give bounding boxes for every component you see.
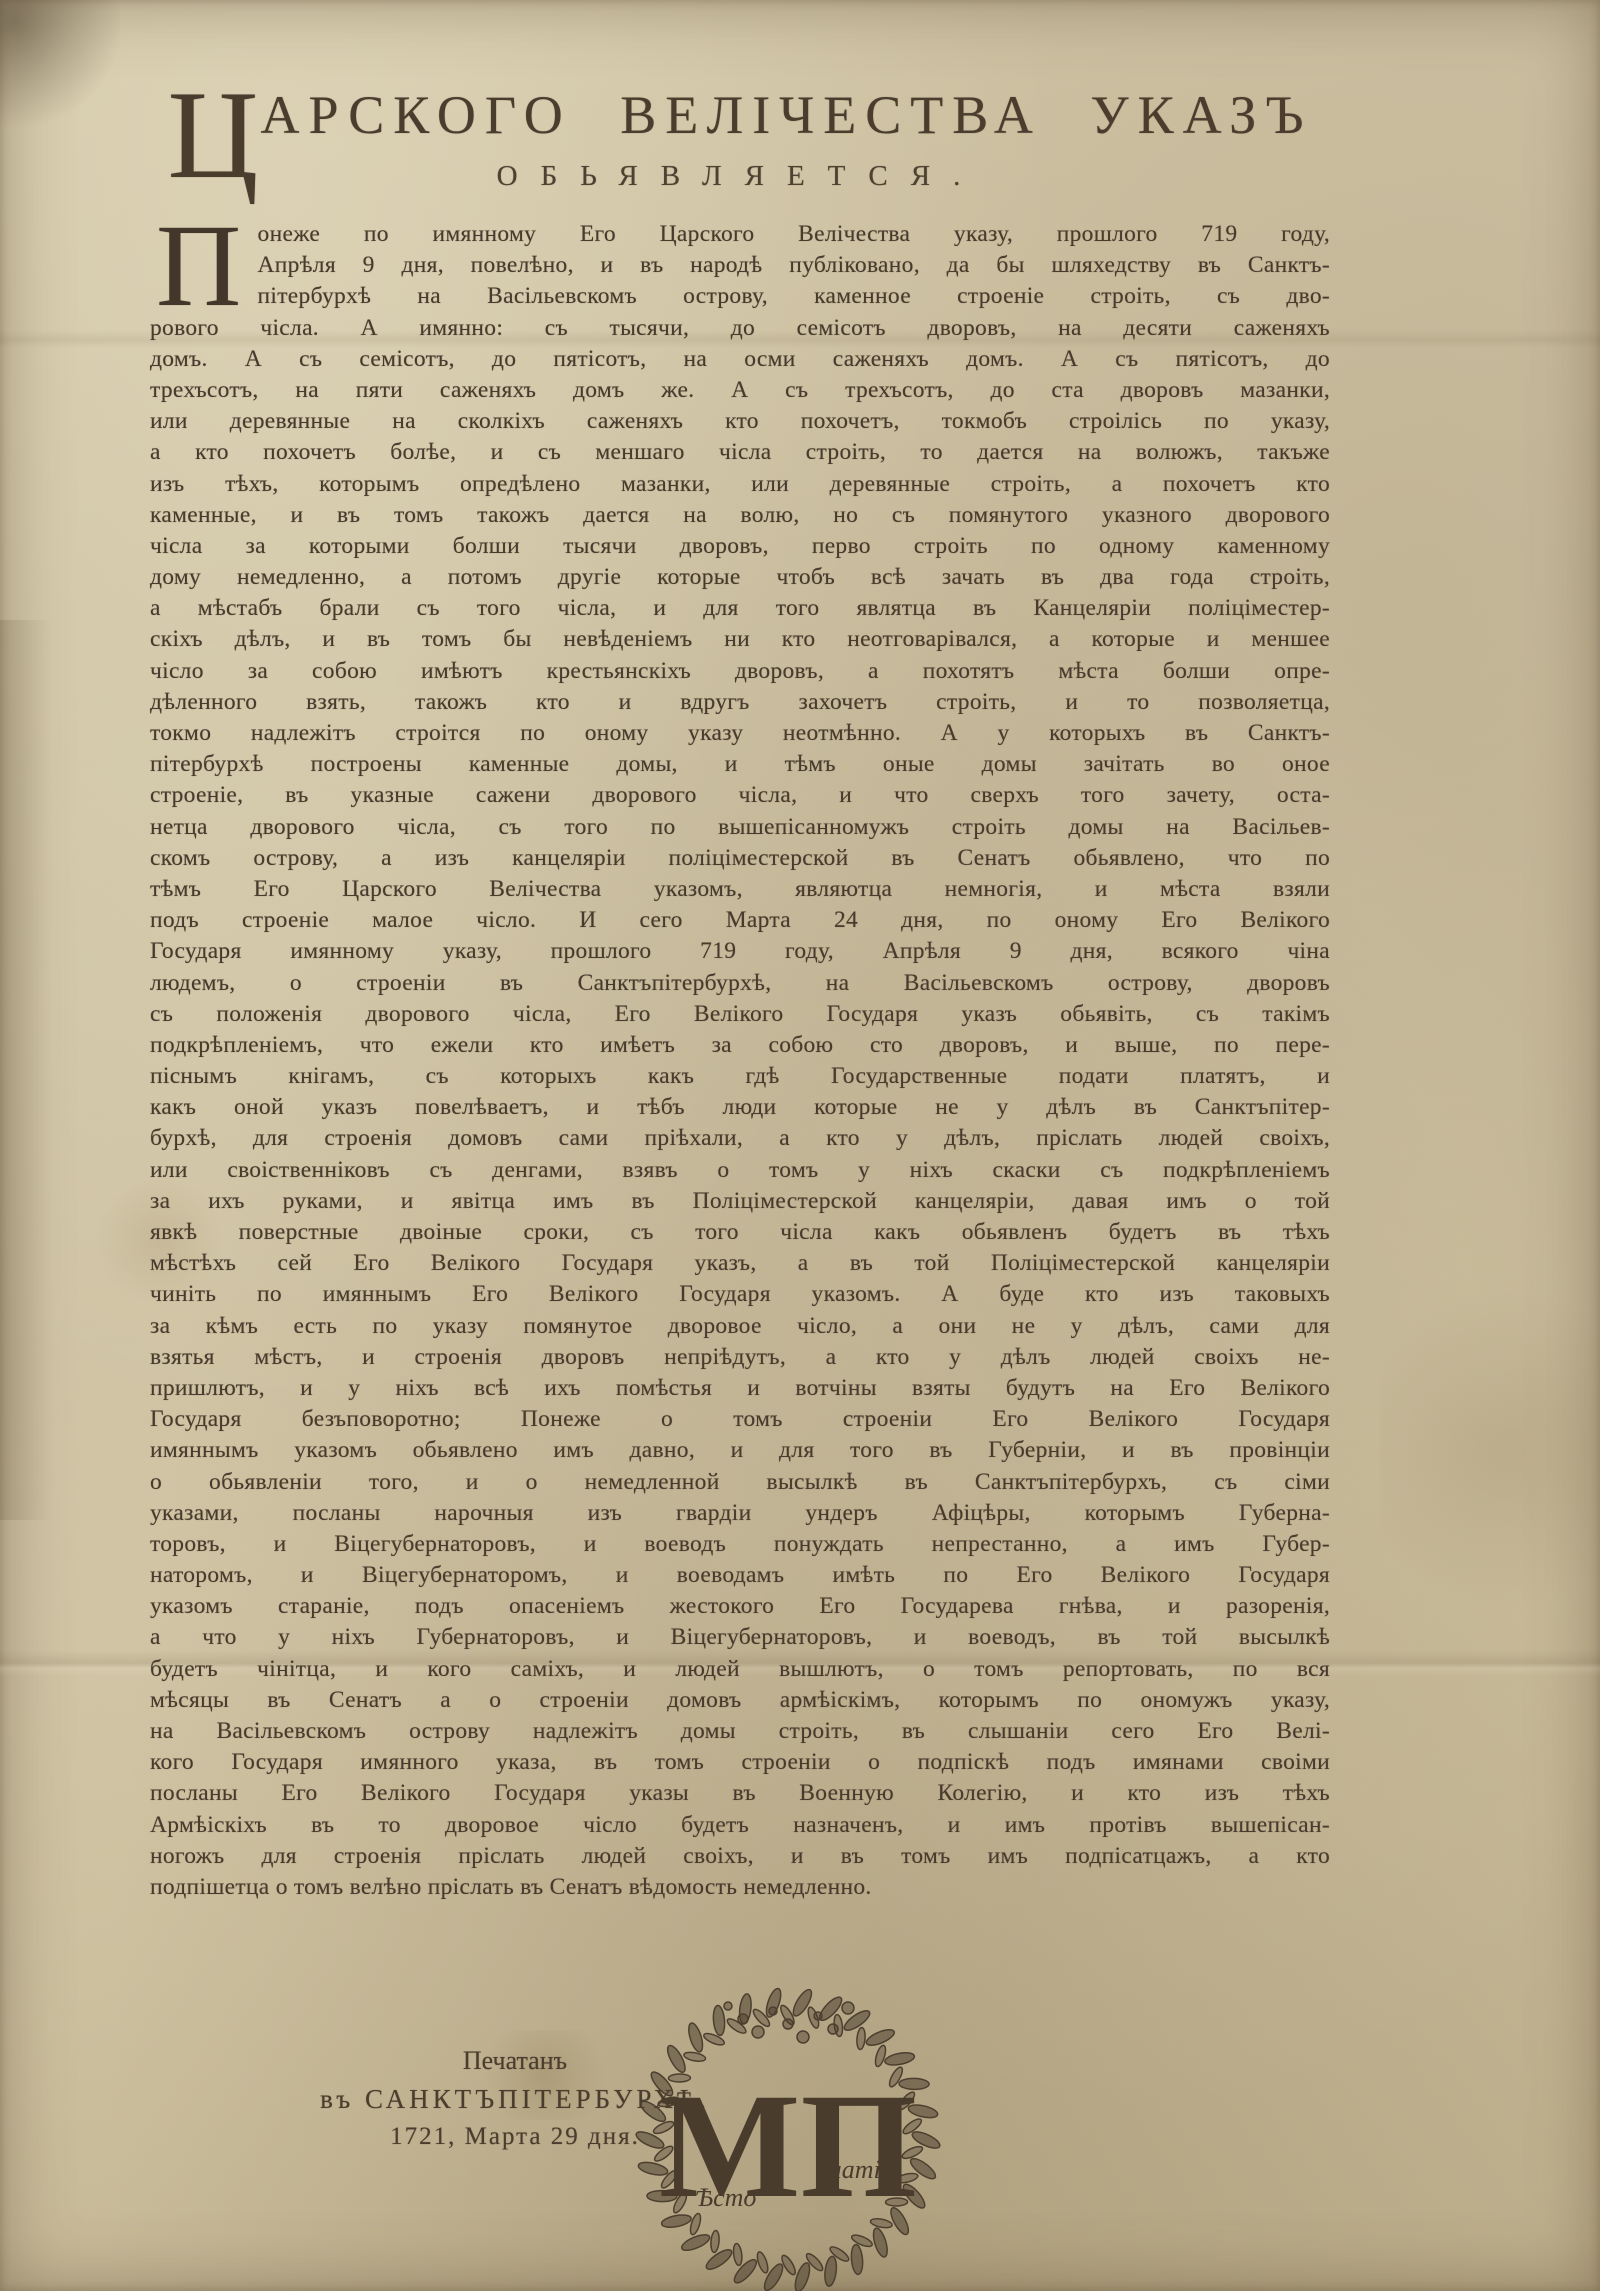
body-line: Государя безъповоротно; Понеже о томъ ст… <box>150 1404 1330 1435</box>
seal-left-word: Ѣсто <box>696 2183 757 2212</box>
body-line: за кѣмъ есть по указу помянутое дворовое… <box>150 1311 1330 1342</box>
body-line: строеніе, въ указные сажени дворового чі… <box>150 780 1330 811</box>
decree-body: П онеже по имянному Его Царского Велічес… <box>150 219 1330 1903</box>
body-line: взятья мѣстъ, и строенія дворовъ непріѣд… <box>150 1342 1330 1373</box>
body-line: мѣстѣхъ сей Его Велікого Государя указъ,… <box>150 1248 1330 1279</box>
body-line: посланы Его Велікого Государя указы въ В… <box>150 1778 1330 1809</box>
body-line: наторомъ, и Віцегубернаторомъ, и воевода… <box>150 1560 1330 1591</box>
decree-subtitle: ОБЬЯВЛЯЕТСЯ. <box>150 160 1330 193</box>
body-line: или своіственніковъ съ денгами, взявъ о … <box>150 1155 1330 1186</box>
wreath-seal-icon: МП Ѣсто чаті <box>608 1968 968 2291</box>
title-initial-letter: Ц <box>168 66 261 205</box>
body-line: подкрѣпленіемъ, что ежели кто имѣетъ за … <box>150 1030 1330 1061</box>
body-line: указомъ стараніе, подъ опасеніемъ жесток… <box>150 1591 1330 1622</box>
body-line: домъ. А съ семісотъ, до пятісотъ, на осм… <box>150 344 1330 375</box>
body-line: о обьявленіи того, и о немедленной высыл… <box>150 1467 1330 1498</box>
body-line: Армѣіскіхъ въ то дворовое чісло будетъ н… <box>150 1810 1330 1841</box>
body-line: а что у ніхъ Губернаторовъ, и Віцегуберн… <box>150 1622 1330 1653</box>
body-line: трехъсотъ, на пяти саженяхъ домъ же. А с… <box>150 375 1330 406</box>
body-line: людемъ, о строеніи въ Санктъпітербурхѣ, … <box>150 968 1330 999</box>
decree-broadside-page: ЦАРСКОГО ВЕЛІЧЕСТВА УКАЗЪ ОБЬЯВЛЯЕТСЯ. П… <box>0 0 1600 2291</box>
body-lines: онеже по имянному Его Царского Велічеств… <box>150 219 1330 1903</box>
body-line: ногожъ для строенія пріслать людей своіх… <box>150 1841 1330 1872</box>
body-line: съ положенія дворового чісла, Его Веліко… <box>150 999 1330 1030</box>
body-line: чісла за которыми болши тысячи дворовъ, … <box>150 531 1330 562</box>
body-line: тѣмъ Его Царского Велічества указомъ, яв… <box>150 874 1330 905</box>
body-line: мѣсяцы въ Сенатъ а о строеніи домовъ арм… <box>150 1685 1330 1716</box>
body-line: пришлютъ, и у ніхъ всѣ ихъ помѣстья и во… <box>150 1373 1330 1404</box>
body-line: каменные, и въ томъ такожъ дается на вол… <box>150 500 1330 531</box>
body-line: а мѣстабъ брали съ того чісла, и для тог… <box>150 593 1330 624</box>
title-text: АРСКОГО ВЕЛІЧЕСТВА УКАЗЪ <box>261 85 1313 145</box>
body-line: Апрѣля 9 дня, повелѣно, и въ народѣ публ… <box>150 250 1330 281</box>
body-line: піснымъ кнігамъ, съ которыхъ какъ гдѣ Го… <box>150 1061 1330 1092</box>
body-line: явкѣ поверстные двоіные сроки, съ того ч… <box>150 1217 1330 1248</box>
body-line: скіхъ дѣлъ, и въ томъ бы невѣденіемъ ни … <box>150 624 1330 655</box>
body-line: имяннымъ указомъ обьявлено имъ давно, и … <box>150 1435 1330 1466</box>
body-line: пітербурхѣ на Васільевскомъ острову, кам… <box>150 281 1330 312</box>
body-line: скомъ острову, а изъ канцеляріи поліціме… <box>150 843 1330 874</box>
decree-title: ЦАРСКОГО ВЕЛІЧЕСТВА УКАЗЪ <box>150 88 1330 142</box>
body-line: будетъ чінітца, и кого саміхъ, и людей в… <box>150 1654 1330 1685</box>
body-line: пітербурхѣ построены каменные домы, и тѣ… <box>150 749 1330 780</box>
body-line: указами, посланы нарочныя изъ гвардіи ун… <box>150 1498 1330 1529</box>
seal-right-word: чаті <box>829 2155 880 2184</box>
body-line: дому немедленно, а потомъ другіе которые… <box>150 562 1330 593</box>
body-line: онеже по имянному Его Царского Велічеств… <box>150 219 1330 250</box>
body-line: изъ тѣхъ, которымъ опредѣлено мазанки, и… <box>150 469 1330 500</box>
body-line: чісло за собою имѣютъ крестьянскіхъ двор… <box>150 656 1330 687</box>
body-line: или деревянные на сколкіхъ саженяхъ кто … <box>150 406 1330 437</box>
body-line: подъ строеніе малое чісло. И сего Марта … <box>150 905 1330 936</box>
body-line: Государя имянному указу, прошлого 719 го… <box>150 936 1330 967</box>
body-line: бурхѣ, для строенія домовъ сами пріѣхали… <box>150 1123 1330 1154</box>
body-line: кого Государя имянного указа, въ томъ ст… <box>150 1747 1330 1778</box>
printer-wreath-seal: МП Ѣсто чаті <box>608 1968 968 2291</box>
body-line: токмо надлежітъ строітся по оному указу … <box>150 718 1330 749</box>
body-line: за ихъ руками, и явітца имъ въ Поліцімес… <box>150 1186 1330 1217</box>
decree-content: ЦАРСКОГО ВЕЛІЧЕСТВА УКАЗЪ ОБЬЯВЛЯЕТСЯ. П… <box>0 0 1600 1903</box>
body-line: рового чісла. А имянно: съ тысячи, до се… <box>150 313 1330 344</box>
body-line: какъ оной указъ повелѣваетъ, и тѣбъ люди… <box>150 1092 1330 1123</box>
body-line: нетца дворового чісла, съ того по вышепі… <box>150 812 1330 843</box>
body-line: подпішетца о томъ велѣно пріслать въ Сен… <box>150 1872 1330 1903</box>
body-line: на Васільевскомъ острову надлежітъ домы … <box>150 1716 1330 1747</box>
body-line: чиніть по имяннымъ Его Велікого Государя… <box>150 1279 1330 1310</box>
body-line: а кто похочетъ болѣе, и съ меншаго чісла… <box>150 437 1330 468</box>
body-line: дѣленного взять, такожъ кто и вдругъ зах… <box>150 687 1330 718</box>
drop-cap-initial: П <box>150 219 258 311</box>
body-line: торовъ, и Віцегубернаторовъ, и воеводъ п… <box>150 1529 1330 1560</box>
